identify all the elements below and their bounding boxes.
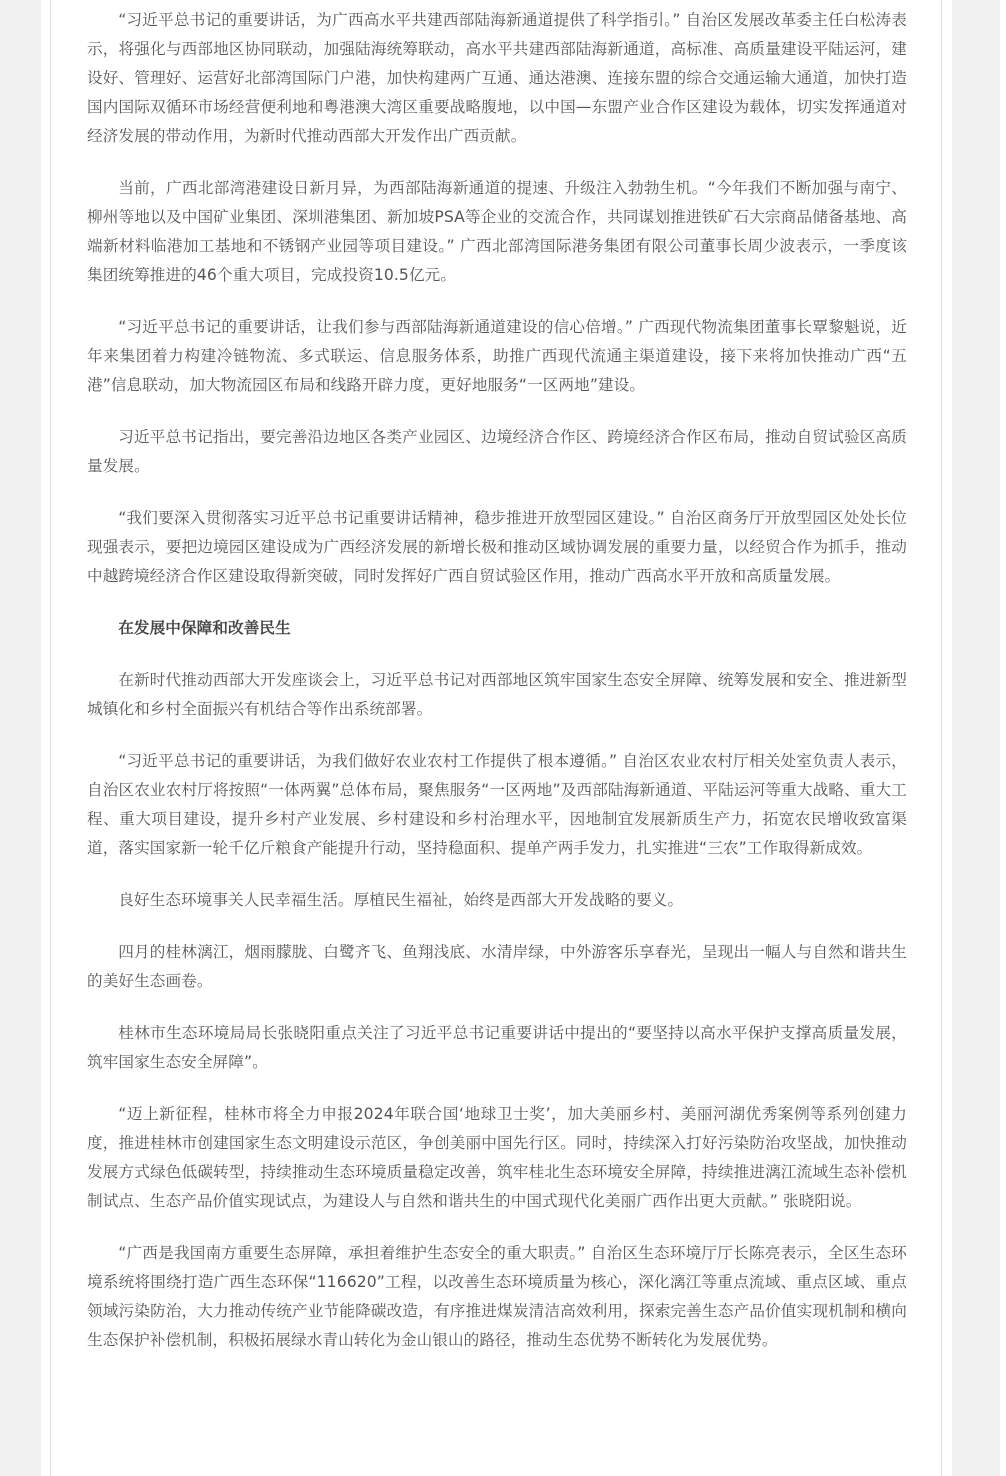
article-paragraph: 习近平总书记指出，要完善沿边地区各类产业园区、边境经济合作区、跨境经济合作区布局…: [87, 423, 907, 481]
article-paragraph: 当前，广西北部湾港建设日新月异，为西部陆海新通道的提速、升级注入勃勃生机。“今年…: [87, 174, 907, 290]
article-paragraph: 桂林市生态环境局局长张晓阳重点关注了习近平总书记重要讲话中提出的“要坚持以高水平…: [87, 1019, 907, 1077]
article-paragraph: “习近平总书记的重要讲话，为我们做好农业农村工作提供了根本遵循。” 自治区农业农…: [87, 747, 907, 863]
page-container: “习近平总书记的重要讲话，为广西高水平共建西部陆海新通道提供了科学指引。” 自治…: [41, 0, 952, 1476]
article-paragraph: “迈上新征程，桂林市将全力申报2024年联合国‘地球卫士奖’，加大美丽乡村、美丽…: [87, 1100, 907, 1216]
article-body: “习近平总书记的重要讲话，为广西高水平共建西部陆海新通道提供了科学指引。” 自治…: [87, 6, 907, 1378]
left-gutter: [0, 0, 41, 1476]
right-gutter: [952, 0, 1000, 1476]
article-paragraph: 在新时代推动西部大开发座谈会上，习近平总书记对西部地区筑牢国家生态安全屏障、统筹…: [87, 666, 907, 724]
article-paragraph: “广西是我国南方重要生态屏障，承担着维护生态安全的重大职责。” 自治区生态环境厅…: [87, 1239, 907, 1355]
article-paragraph: 良好生态环境事关人民幸福生活。厚植民生福祉，始终是西部大开发战略的要义。: [87, 886, 907, 915]
section-heading: 在发展中保障和改善民生: [87, 614, 907, 643]
article-paragraph: “我们要深入贯彻落实习近平总书记重要讲话精神，稳步推进开放型园区建设。” 自治区…: [87, 504, 907, 591]
article-paragraph: “习近平总书记的重要讲话，让我们参与西部陆海新通道建设的信心倍增。” 广西现代物…: [87, 313, 907, 400]
article-frame: “习近平总书记的重要讲话，为广西高水平共建西部陆海新通道提供了科学指引。” 自治…: [50, 0, 942, 1476]
article-paragraph: “习近平总书记的重要讲话，为广西高水平共建西部陆海新通道提供了科学指引。” 自治…: [87, 6, 907, 151]
article-paragraph: 四月的桂林漓江，烟雨朦胧、白鹭齐飞、鱼翔浅底、水清岸绿，中外游客乐享春光，呈现出…: [87, 938, 907, 996]
